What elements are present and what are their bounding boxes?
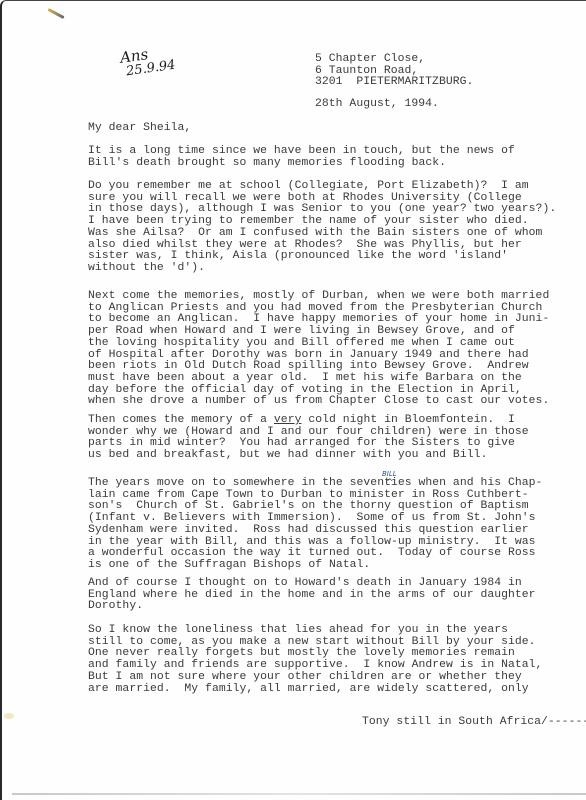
staple-mark (47, 8, 64, 19)
letter-date: 28th August, 1994. (315, 99, 439, 111)
address-line-3: 3201 PIETERMARITZBURG. (315, 77, 473, 89)
address-line-1: 5 Chapter Close, (315, 54, 473, 66)
paragraph-7: So I know the loneliness that lies ahead… (88, 625, 542, 695)
salutation: My dear Sheila, (88, 123, 191, 135)
sender-address: 5 Chapter Close,6 Taunton Road,3201 PIET… (315, 54, 473, 89)
paragraph-3: Next come the memories, mostly of Durban… (88, 291, 549, 408)
paragraph-6: And of course I thought on to Howard's d… (88, 578, 536, 613)
paper-smudge (4, 713, 14, 719)
paragraph-1: It is a long time since we have been in … (88, 146, 515, 169)
paragraph-2: Do you remember me at school (Collegiate… (88, 181, 556, 275)
letter-page: Ans 25.9.94 5 Chapter Close,6 Taunton Ro… (0, 0, 586, 800)
paragraph-5: The years move on to somewhere in the se… (88, 478, 542, 572)
paragraph-4: Then comes the memory of a very cold nig… (88, 415, 529, 462)
page-bottom-edge (12, 793, 586, 795)
paragraph-4-start: Then comes the memory of a (88, 414, 274, 426)
page-continuation: Tony still in South Africa/------ (362, 717, 586, 729)
underlined-word: very (274, 414, 302, 426)
